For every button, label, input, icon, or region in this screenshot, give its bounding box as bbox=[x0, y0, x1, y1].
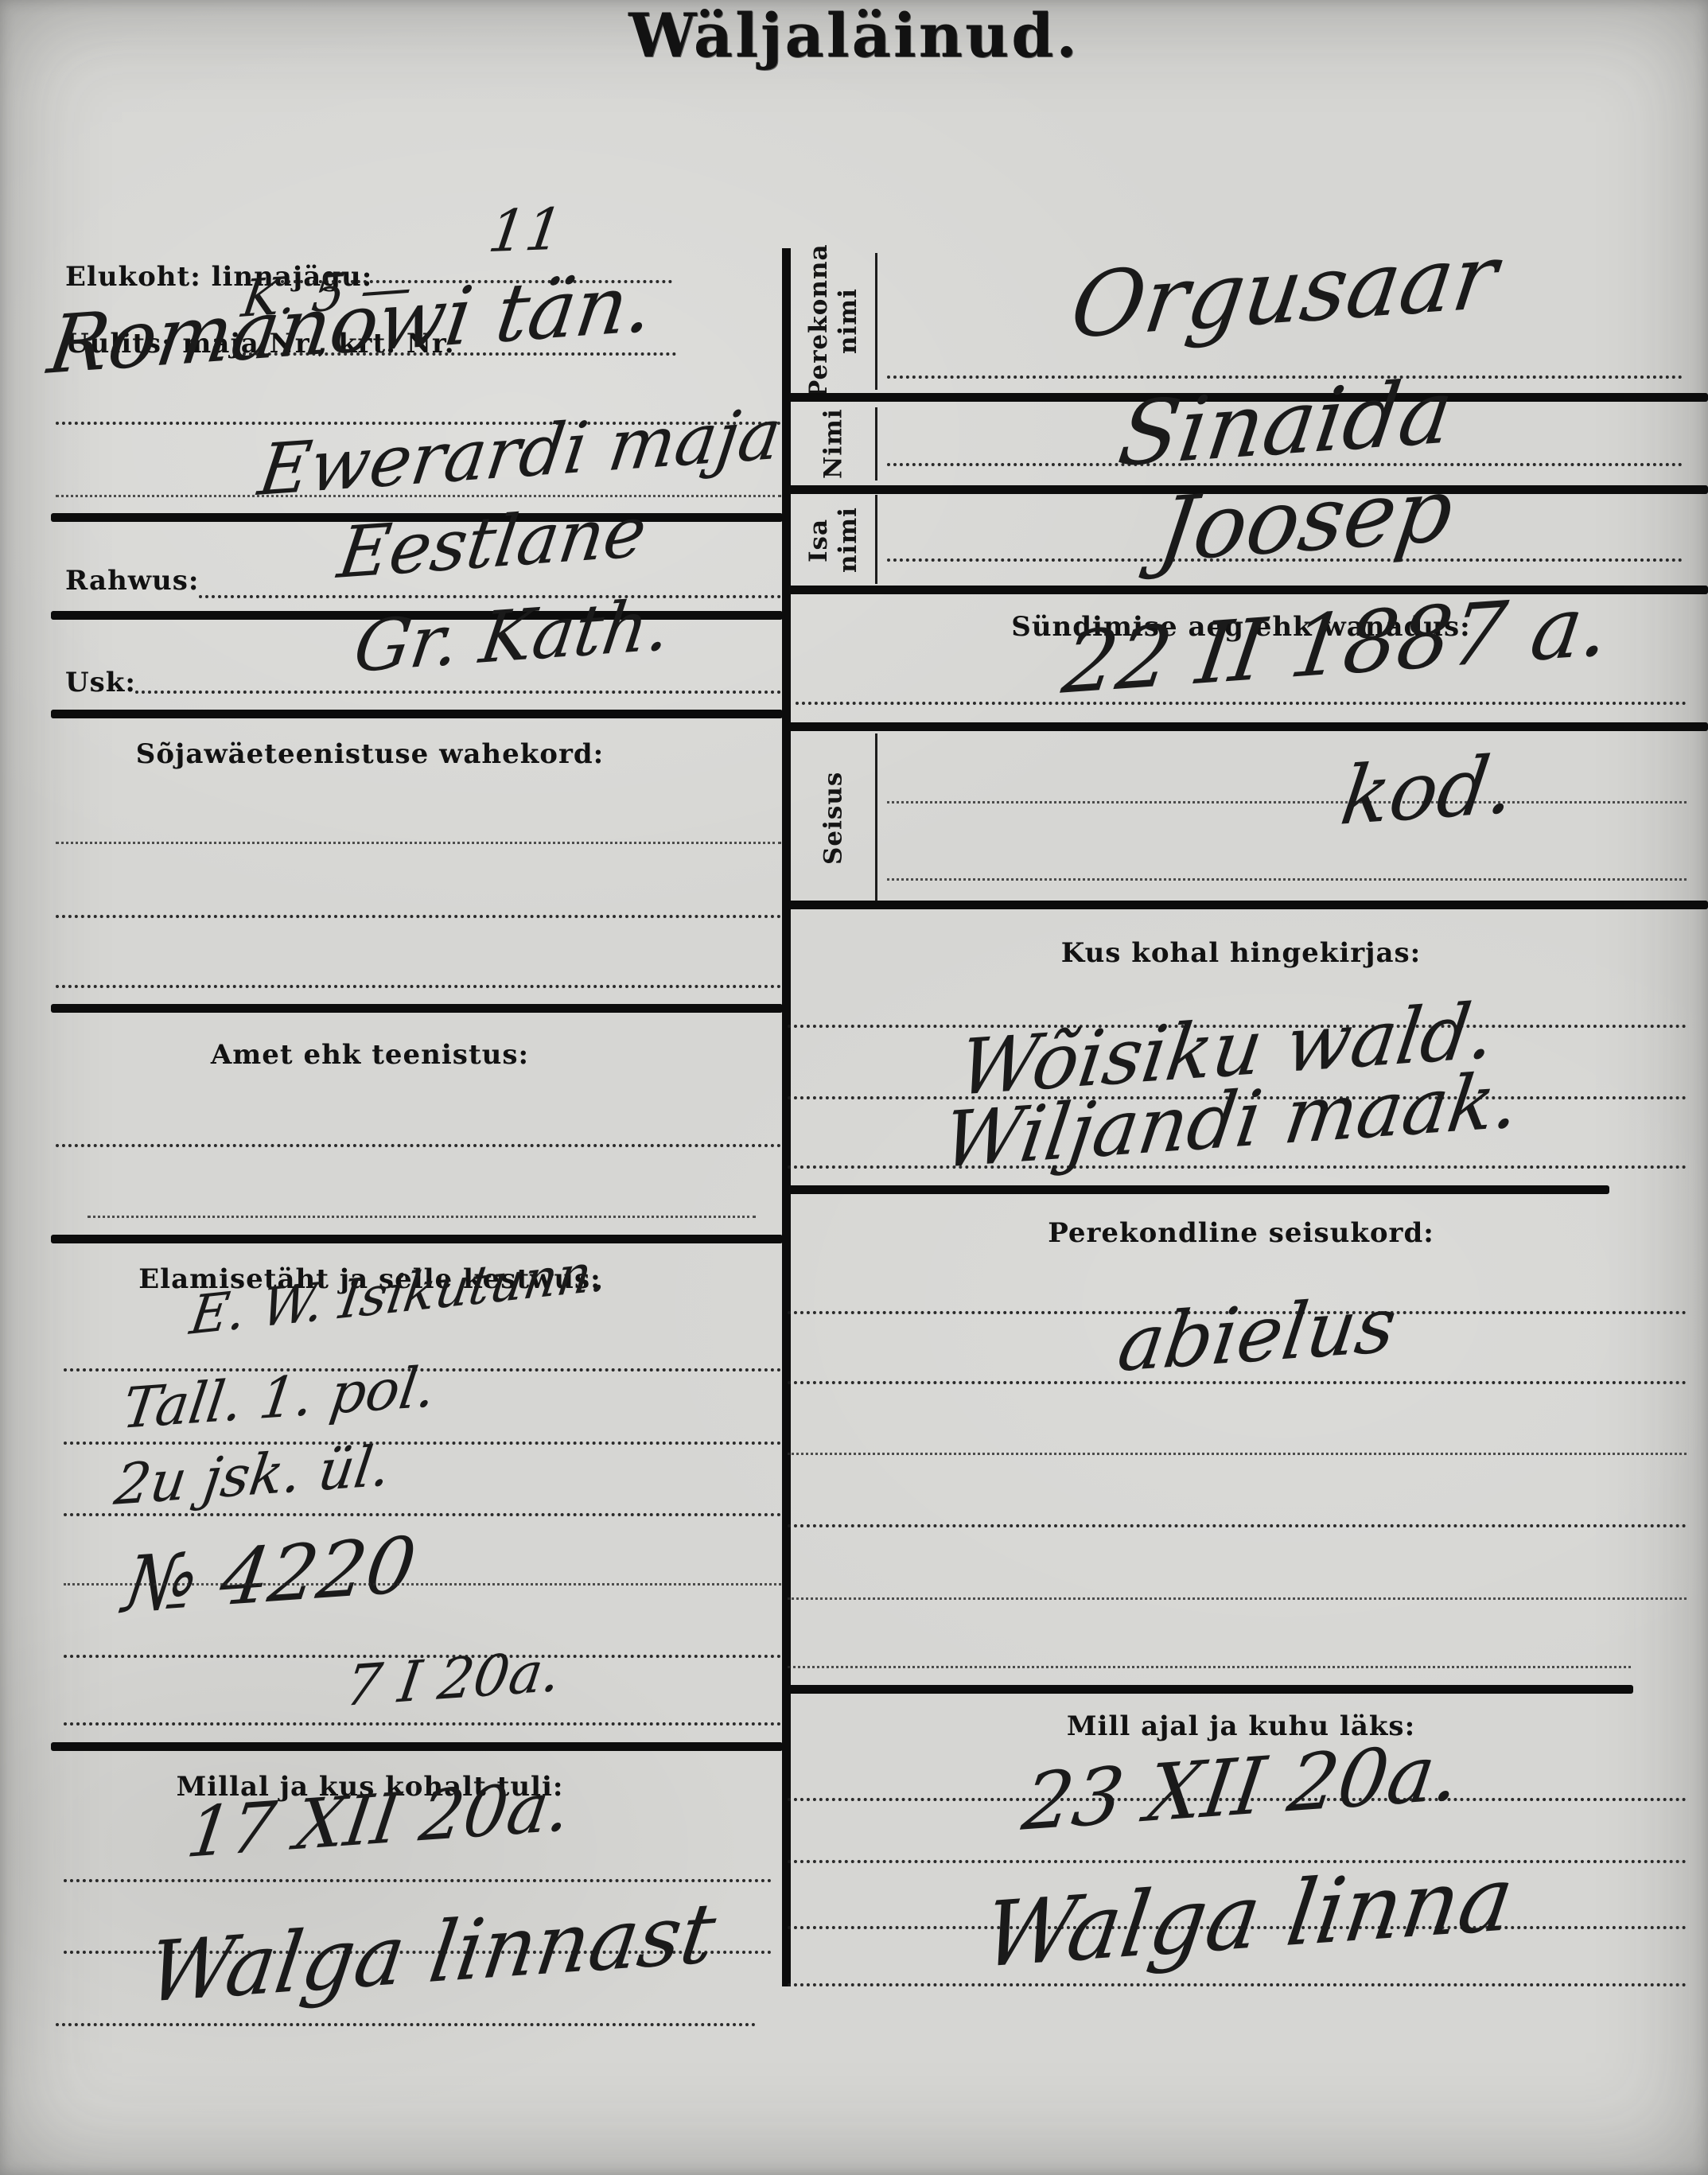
dotted-line bbox=[135, 691, 781, 694]
horizontal-rule bbox=[51, 1004, 783, 1013]
handwritten-arrival-place: Walga linnast bbox=[143, 1891, 720, 2014]
section-amet-label: Amet ehk teenistus: bbox=[32, 1039, 708, 1071]
horizontal-rule bbox=[51, 1235, 783, 1243]
dotted-line bbox=[887, 558, 1683, 562]
scanned-document-page: Wäljaläinud. 11 Elukoht: linnajägu: K. 5… bbox=[0, 0, 1708, 2175]
dotted-line bbox=[788, 1381, 1687, 1384]
dotted-line bbox=[796, 702, 1687, 705]
horizontal-rule bbox=[51, 1742, 783, 1751]
handwritten-house: Ewerardi maja bbox=[255, 399, 785, 506]
horizontal-rule bbox=[51, 710, 783, 718]
section-military-label: Sõjawäeteenistuse wahekord: bbox=[32, 738, 708, 770]
handwritten-permit-line5: 7 I 20a. bbox=[342, 1643, 564, 1714]
dotted-line bbox=[788, 1798, 1687, 1801]
field-rahwus-label: Rahwus: bbox=[65, 565, 199, 597]
section-departure-label: Mill ajal ja kuhu läks: bbox=[875, 1710, 1607, 1742]
handwritten-nationality: Eestlane bbox=[334, 496, 651, 589]
label-separator bbox=[875, 495, 877, 584]
label-separator bbox=[875, 733, 877, 902]
field-status-vertical-label: Seisus bbox=[797, 733, 870, 902]
horizontal-rule bbox=[782, 1185, 1609, 1194]
field-father-vertical-label: Isa nimi bbox=[797, 496, 870, 584]
column-divider bbox=[782, 248, 791, 1986]
dotted-line bbox=[56, 985, 781, 988]
dotted-line bbox=[64, 1879, 772, 1882]
document-title: Wäljaläinud. bbox=[0, 0, 1708, 71]
dotted-line bbox=[56, 495, 781, 497]
dotted-line bbox=[788, 1165, 1687, 1169]
handwritten-departure-date: 23 XII 20a. bbox=[1018, 1733, 1465, 1842]
dotted-line bbox=[788, 1860, 1687, 1863]
handwritten-district-value: 11 bbox=[485, 200, 566, 260]
dotted-line bbox=[64, 1722, 781, 1726]
field-usk-label: Usk: bbox=[65, 667, 136, 698]
handwritten-departure-place: Walga linna bbox=[979, 1854, 1519, 1981]
handwritten-permit-line1: E. W. Isikutunn. bbox=[187, 1246, 612, 1343]
handwritten-status: kod. bbox=[1336, 745, 1519, 837]
dotted-line bbox=[64, 1442, 781, 1445]
dotted-line bbox=[788, 1453, 1687, 1455]
section-registry-label: Kus kohal hingekirjas: bbox=[875, 937, 1607, 969]
dotted-line bbox=[788, 1983, 1687, 1986]
field-name-vertical-label: Nimi bbox=[797, 407, 870, 481]
dotted-line bbox=[56, 915, 781, 918]
horizontal-rule bbox=[782, 1685, 1633, 1694]
label-separator bbox=[875, 253, 877, 390]
dotted-line bbox=[64, 1513, 781, 1516]
dotted-line bbox=[788, 1597, 1687, 1600]
handwritten-birth-date: 22 II 1887 a. bbox=[1058, 583, 1615, 706]
dotted-line bbox=[788, 1926, 1687, 1929]
handwritten-family-status: abielus bbox=[1114, 1286, 1401, 1383]
dotted-line bbox=[56, 842, 781, 844]
field-surname-vertical-label: Perekonna nimi bbox=[797, 253, 870, 390]
handwritten-permit-line4: № 4220 bbox=[119, 1526, 420, 1624]
dotted-line bbox=[56, 2023, 756, 2026]
handwritten-religion: Gr. Kath. bbox=[350, 589, 675, 683]
dotted-line bbox=[887, 878, 1687, 881]
section-family-label: Perekondline seisukord: bbox=[875, 1217, 1607, 1249]
horizontal-rule bbox=[782, 901, 1708, 909]
handwritten-permit-line3: 2u jsk. ül. bbox=[111, 1438, 394, 1513]
dotted-line bbox=[788, 1666, 1631, 1668]
label-separator bbox=[875, 407, 877, 481]
dotted-line bbox=[788, 1524, 1687, 1527]
dotted-line bbox=[56, 1144, 781, 1147]
dotted-line bbox=[64, 1583, 781, 1586]
handwritten-surname: Orgusaar bbox=[1066, 232, 1502, 352]
dotted-line bbox=[887, 463, 1683, 466]
dotted-line bbox=[88, 1216, 756, 1218]
dotted-line bbox=[887, 801, 1687, 803]
horizontal-rule bbox=[782, 722, 1708, 731]
